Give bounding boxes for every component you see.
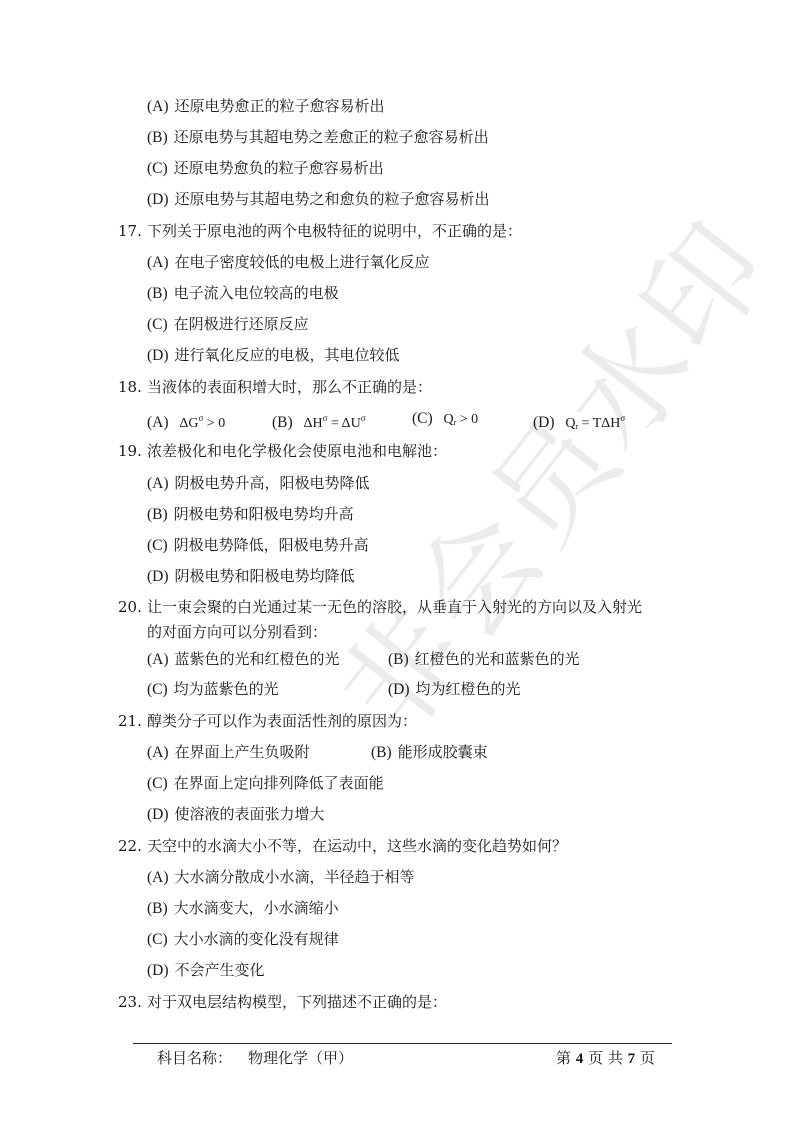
q21-option-c: (C)在界面上定向排列降低了表面能 — [147, 773, 384, 794]
q22-option-b: (B)大水滴变大，小水滴缩小 — [147, 898, 339, 919]
q20-option-a: (A)蓝紫色的光和红橙色的光 — [147, 649, 340, 670]
q21-stem: 21.醇类分子可以作为表面活性剂的原因为： — [118, 711, 417, 731]
q22-option-d: (D)不会产生变化 — [147, 960, 265, 981]
q19-option-a: (A)阴极电势升高，阳极电势降低 — [147, 473, 370, 494]
q23-stem: 23.对于双电层结构模型，下列描述不正确的是： — [118, 992, 447, 1012]
q19-option-b: (B)阴极电势和阳极电势均升高 — [147, 504, 354, 525]
math-expression: ΔHσ = ΔUσ — [303, 416, 365, 431]
q16-option-b: (B)还原电势与其超电势之差愈正的粒子愈容易析出 — [147, 127, 489, 148]
q18-option-d: (D) Qr = TΔHσ — [533, 408, 625, 437]
q17-option-b: (B)电子流入电位较高的电极 — [147, 283, 339, 304]
q17-stem: 17.下列关于原电池的两个电极特征的说明中，不正确的是： — [118, 221, 522, 241]
q19-option-c: (C)阴极电势降低，阳极电势升高 — [147, 535, 369, 556]
math-expression: ΔGσ > 0 — [179, 416, 225, 431]
q20-option-b: (B)红橙色的光和蓝紫色的光 — [388, 649, 580, 670]
math-expression: Qr = TΔHσ — [565, 416, 625, 431]
q17-option-a: (A)在电子密度较低的电极上进行氧化反应 — [147, 252, 430, 273]
q19-option-d: (D)阴极电势和阳极电势均降低 — [147, 566, 355, 587]
q16-option-c: (C)还原电势愈负的粒子愈容易析出 — [147, 158, 384, 179]
q22-option-a: (A)大水滴分散成小水滴，半径趋于相等 — [147, 867, 415, 888]
q18-option-c: (C) Qr > 0 — [412, 408, 478, 433]
q21-option-d: (D)使溶液的表面张力增大 — [147, 804, 325, 825]
q20-stem-continued: 的对面方向可以分别看到： — [147, 622, 327, 642]
page-content: (A)还原电势愈正的粒子愈容易析出 (B)还原电势与其超电势之差愈正的粒子愈容易… — [0, 0, 793, 1122]
q20-option-c: (C)均为蓝紫色的光 — [147, 679, 279, 700]
q22-stem: 22.天空中的水滴大小不等，在运动中，这些水滴的变化趋势如何？ — [118, 836, 567, 856]
q16-option-a: (A)还原电势愈正的粒子愈容易析出 — [147, 96, 385, 117]
exam-page: 非会员水印 (A)还原电势愈正的粒子愈容易析出 (B)还原电势与其超电势之差愈正… — [0, 0, 793, 1122]
q21-option-a: (A)在界面上产生负吸附 — [147, 742, 310, 763]
q17-option-c: (C)在阴极进行还原反应 — [147, 314, 309, 335]
q18-option-b: (B) ΔHσ = ΔUσ — [272, 408, 366, 434]
q20-stem: 20.让一束会聚的白光通过某一无色的溶胶，从垂直于入射光的方向以及入射光 — [118, 597, 642, 617]
q21-option-b: (B)能形成胶囊束 — [371, 742, 488, 763]
q18-option-a: (A) ΔGσ > 0 — [147, 408, 225, 434]
footer-divider — [133, 1043, 672, 1044]
q18-stem: 18.当液体的表面积增大时，那么不正确的是： — [118, 377, 432, 397]
q19-stem: 19.浓差极化和电化学极化会使原电池和电解池： — [118, 441, 447, 461]
footer-subject: 科目名称：物理化学（甲） — [157, 1048, 353, 1068]
q16-option-d: (D)还原电势与其超电势之和愈负的粒子愈容易析出 — [147, 189, 490, 210]
footer-page-number: 第 4 页 共 7 页 — [556, 1048, 655, 1069]
math-expression: Qr > 0 — [443, 412, 478, 427]
q17-option-d: (D)进行氧化反应的电极，其电位较低 — [147, 345, 400, 366]
q20-option-d: (D)均为红橙色的光 — [388, 679, 521, 700]
q22-option-c: (C)大小水滴的变化没有规律 — [147, 929, 339, 950]
